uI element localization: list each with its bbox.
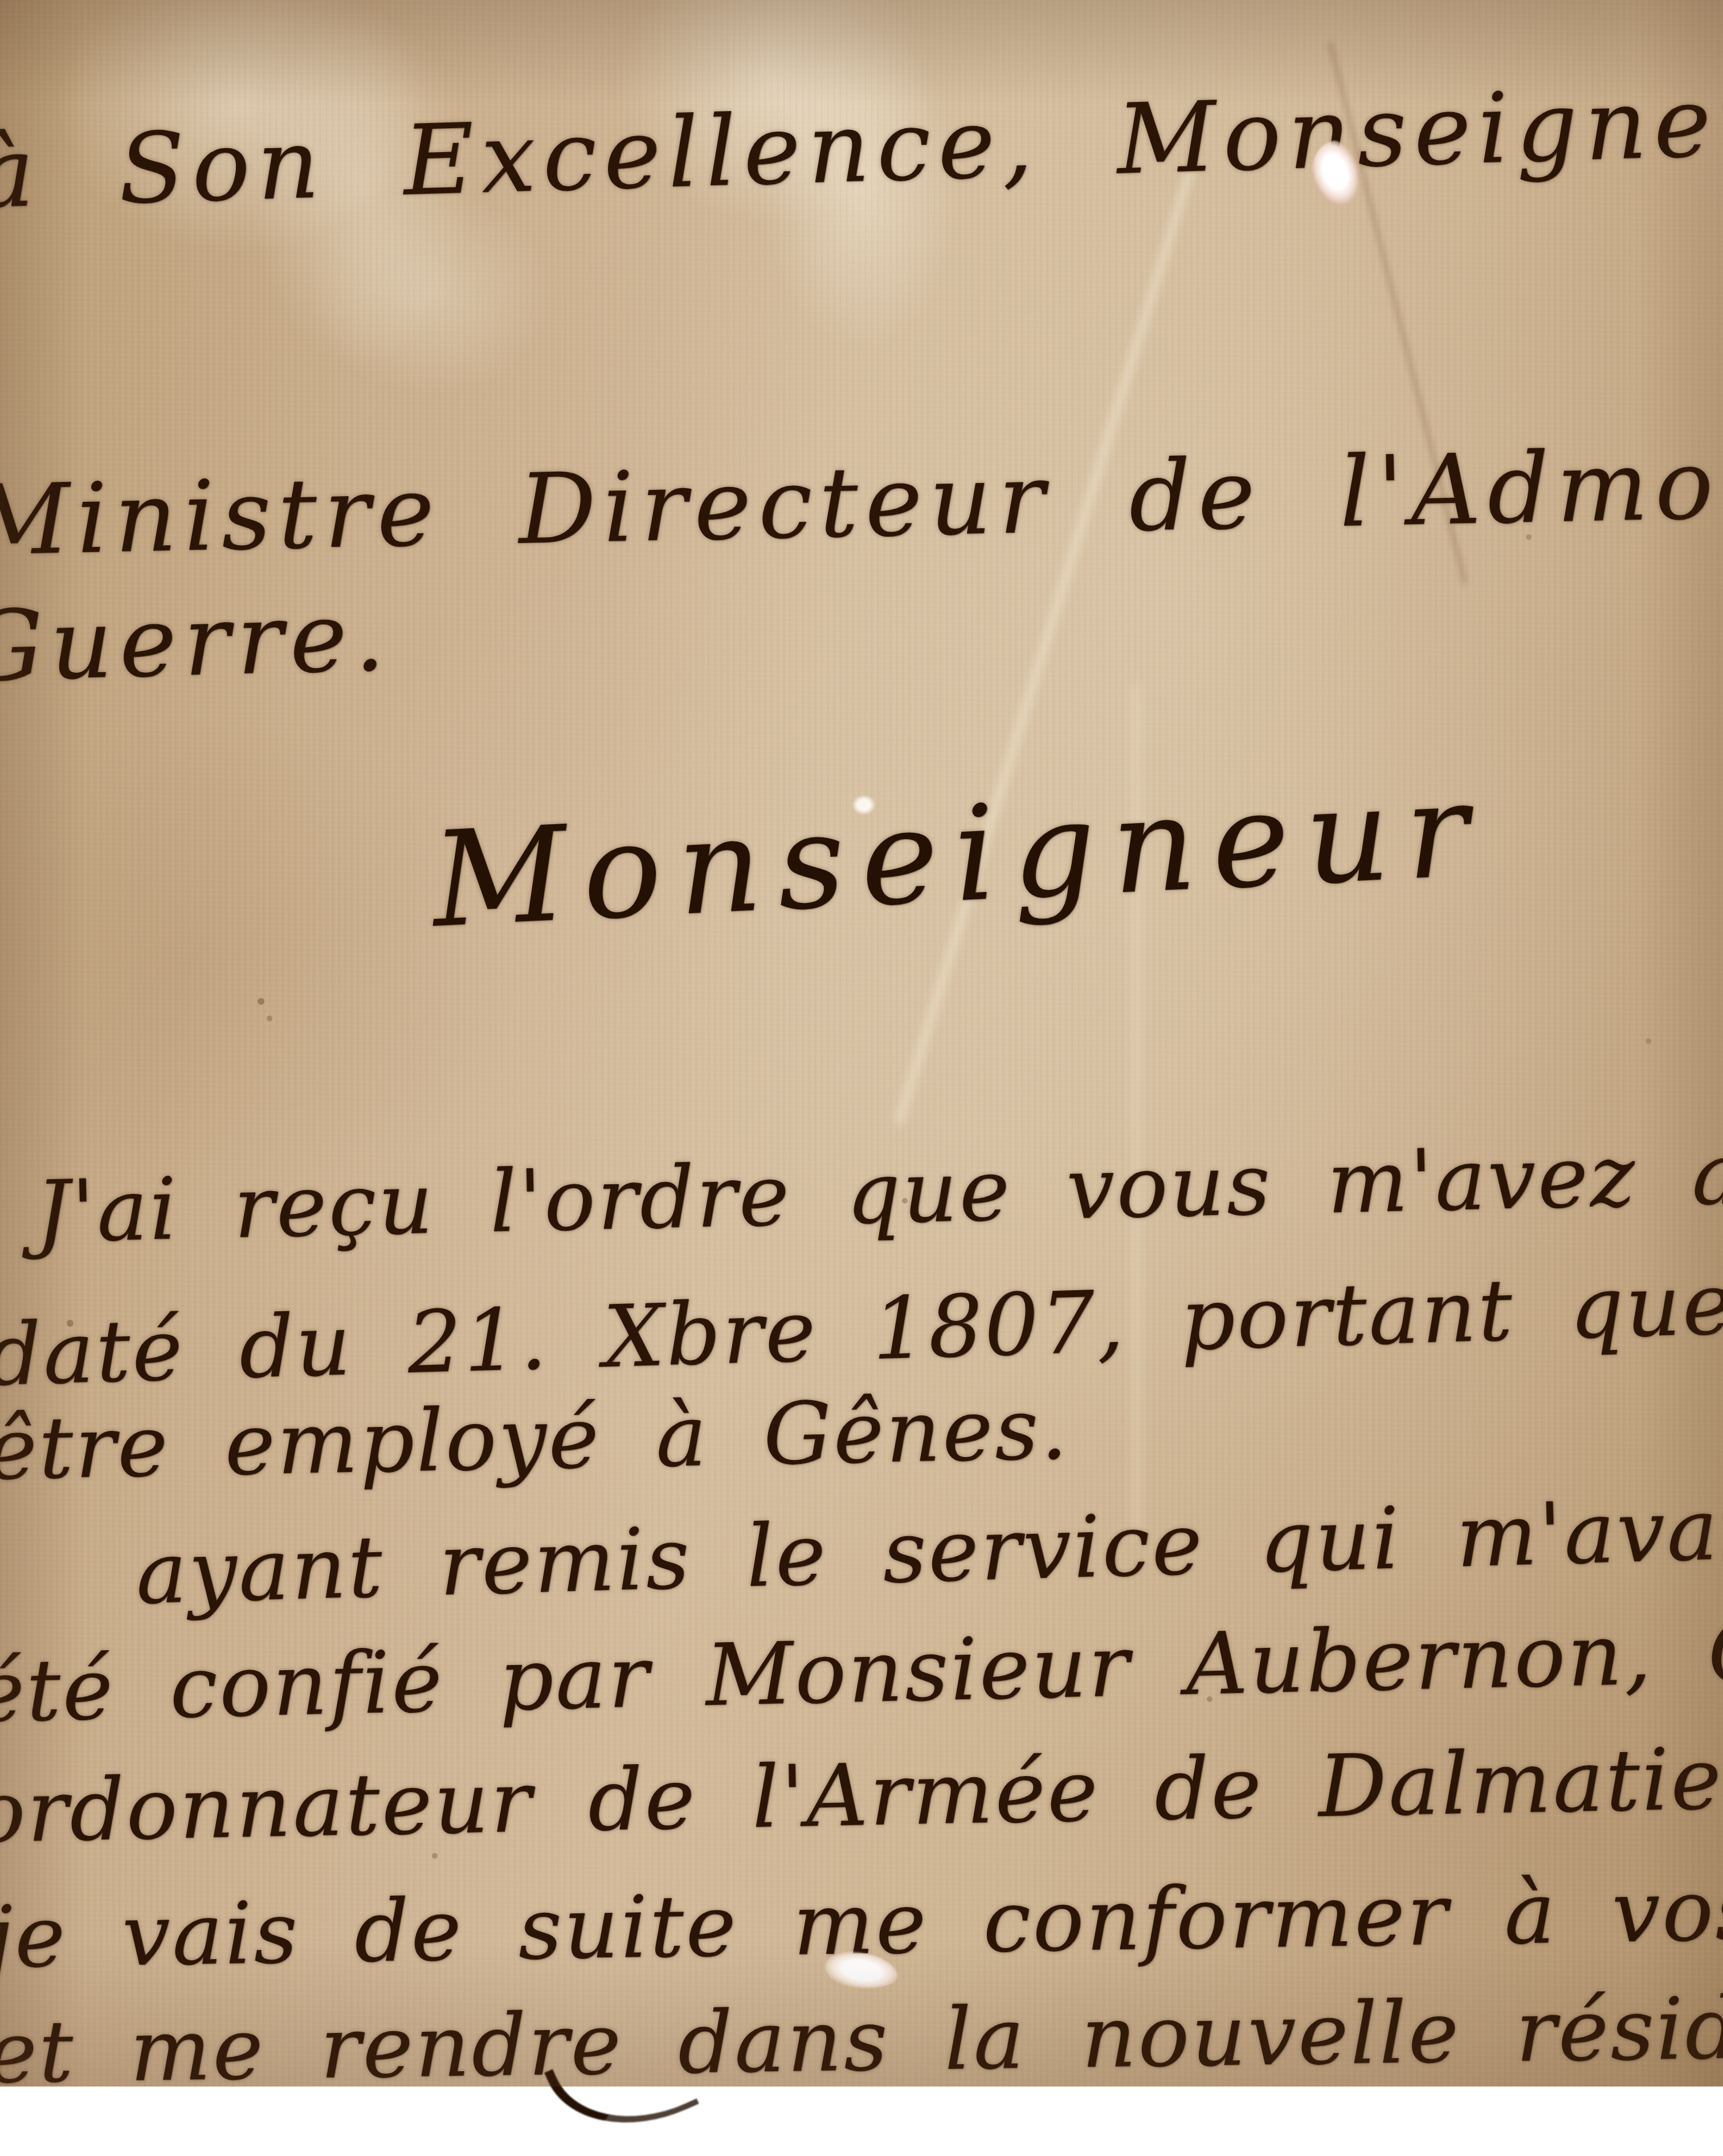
- body-line-6-dalmatie: ordonnateur de l'Armée de Dalmatie: [0, 1730, 1723, 1863]
- address-line-ministre: Ministre Directeur de l'Admon. de la: [0, 418, 1723, 578]
- paper-crease-highlight: [892, 167, 1198, 1125]
- paper-tear-hole-bottom: [823, 1948, 900, 1993]
- paper-fold-shadow: [1326, 42, 1470, 586]
- body-line-3-genes: être employé à Gênes.: [0, 1380, 1070, 1499]
- paper-tear-hole-top: [1303, 136, 1370, 215]
- address-line-excellence: à Son Excellence, Monseigneur: [0, 63, 1723, 231]
- body-line-7: je vais de suite me conformer à vos ordr…: [0, 1855, 1723, 1987]
- address-line-guerre: Guerre.: [0, 580, 393, 703]
- salutation-monseigneur: Monseigneur: [429, 754, 1488, 957]
- body-line-5-aubernon: été confié par Monsieur Aubernon, C.: [0, 1602, 1723, 1742]
- paper-crease-vertical: [1128, 684, 1145, 1538]
- paper-abrasion-spot: [852, 795, 875, 815]
- manuscript-page: à Son Excellence, Monseigneur Ministre D…: [0, 0, 1723, 2087]
- body-line-2-date-1807: daté du 21. Xbre 1807, portant que je do…: [0, 1243, 1723, 1405]
- cut-off-pen-stroke: [544, 2020, 699, 2087]
- body-line-4: ayant remis le service qui m'avait: [134, 1479, 1723, 1624]
- body-line-8: et me rendre dans la nouvelle résidence …: [0, 1975, 1723, 2087]
- body-line-1: J'ai reçu l'ordre que vous m'avez adress…: [34, 1118, 1723, 1262]
- foxing-specks: [0, 0, 3, 3]
